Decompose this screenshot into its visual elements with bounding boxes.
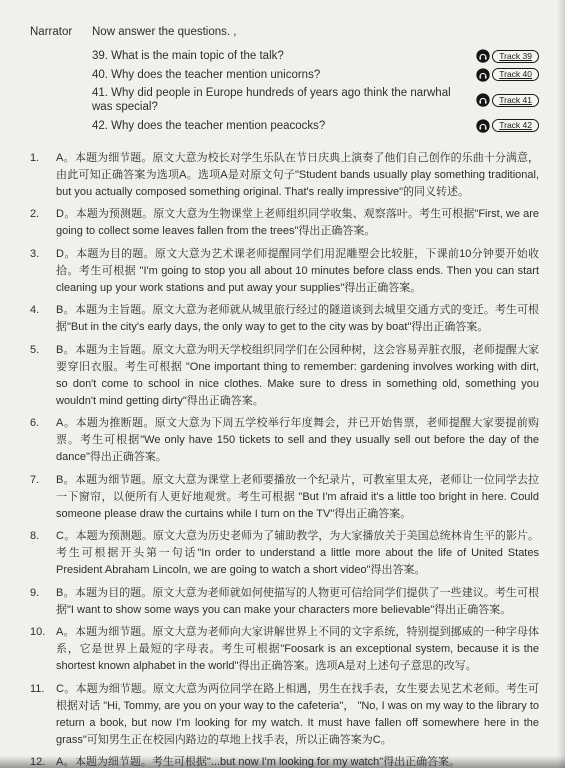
- explanation-text: 本题为细节题。原文大意为两位同学在路上相遇，男生在找手表，女生要去见艺术老师。考…: [56, 683, 539, 746]
- question-row-40: 40. Why does the teacher mention unicorn…: [92, 68, 539, 82]
- item-number: 11.: [30, 681, 56, 749]
- answer-item-3: 3. D。本题为目的题。原文大意为艺术课老师提醒同学们用泥雕塑会比较脏，下课前1…: [30, 246, 539, 297]
- item-text: B。本题为主旨题。原文大意为明天学校组织同学们在公园种树，这会容易弄脏衣服，老师…: [56, 342, 539, 410]
- item-text: A。本题为细节题。考生可根据"...but now I'm looking fo…: [56, 754, 539, 768]
- item-number: 12.: [30, 754, 56, 768]
- explanation-text: 本题为目的题。原文大意为艺术课老师提醒同学们用泥雕塑会比较脏，下课前10分钟要开…: [56, 248, 539, 294]
- answer-item-12: 12. A。本题为细节题。考生可根据"...but now I'm lookin…: [30, 754, 539, 768]
- question-text: 39. What is the main topic of the talk?: [92, 49, 288, 63]
- answer-letter: B。: [56, 344, 75, 356]
- narrator-label: Narrator: [30, 24, 92, 40]
- narrator-row: Narrator Now answer the questions. ,: [30, 24, 539, 40]
- answer-item-5: 5. B。本题为主旨题。原文大意为明天学校组织同学们在公园种树，这会容易弄脏衣服…: [30, 342, 539, 410]
- answer-letter: C。: [56, 530, 76, 542]
- item-text: D。本题为预测题。原文大意为生物课堂上老师组织同学收集、观察落叶。考生可根据"F…: [56, 206, 539, 240]
- narrator-instruction: Now answer the questions. ,: [92, 24, 236, 40]
- question-row-41: 41. Why did people in Europe hundreds of…: [92, 86, 539, 114]
- explanation-text: 本题为推断题。原文大意为下周五学校举行年度舞会，并已开始售票，老师提醒大家要提前…: [56, 417, 539, 463]
- scanned-answer-key-page: Narrator Now answer the questions. , 39.…: [0, 0, 565, 768]
- explanation-text: 本题为预测题。原文大意为生物课堂上老师组织同学收集、观察落叶。考生可根据"Fir…: [56, 208, 539, 237]
- item-text: B。本题为细节题。原文大意为课堂上老师要播放一个纪录片，可教室里太亮，老师让一位…: [56, 472, 539, 523]
- track-badge-41: Track 41: [476, 93, 539, 107]
- item-number: 5.: [30, 342, 56, 410]
- track-badge-42: Track 42: [476, 119, 539, 133]
- item-number: 8.: [30, 528, 56, 579]
- answer-letter: A。: [56, 152, 75, 164]
- answer-item-11: 11. C。本题为细节题。原文大意为两位同学在路上相遇，男生在找手表，女生要去见…: [30, 681, 539, 749]
- track-label: Track 40: [492, 68, 539, 81]
- track-label: Track 42: [492, 119, 539, 132]
- question-text: 41. Why did people in Europe hundreds of…: [92, 86, 476, 114]
- item-text: A。本题为细节题。原文大意为老师向大家讲解世界上不同的文字系统，特别提到挪威的一…: [56, 624, 539, 675]
- track-badge-40: Track 40: [476, 68, 539, 82]
- explanation-text: 本题为细节题。原文大意为课堂上老师要播放一个纪录片，可教室里太亮，老师让一位同学…: [56, 474, 539, 520]
- answer-item-10: 10. A。本题为细节题。原文大意为老师向大家讲解世界上不同的文字系统，特别提到…: [30, 624, 539, 675]
- explanation-text: 本题为细节题。考生可根据"...but now I'm looking for …: [75, 756, 460, 768]
- answer-item-2: 2. D。本题为预测题。原文大意为生物课堂上老师组织同学收集、观察落叶。考生可根…: [30, 206, 539, 240]
- answer-letter: D。: [56, 208, 76, 220]
- track-label: Track 39: [492, 50, 539, 63]
- question-text: 42. Why does the teacher mention peacock…: [92, 119, 329, 133]
- item-number: 3.: [30, 246, 56, 297]
- explanation-text: 本题为目的题。原文大意为老师就如何使描写的人物更可信给同学们提供了一些建议。考生…: [56, 587, 539, 616]
- explanation-text: 本题为细节题。原文大意为老师向大家讲解世界上不同的文字系统，特别提到挪威的一种字…: [56, 626, 539, 672]
- answer-letter: B。: [56, 587, 75, 599]
- answer-item-9: 9. B。本题为目的题。原文大意为老师就如何使描写的人物更可信给同学们提供了一些…: [30, 585, 539, 619]
- answer-letter: D。: [56, 248, 76, 260]
- track-label: Track 41: [492, 94, 539, 107]
- explanation-text: 本题为主旨题。原文大意为明天学校组织同学们在公园种树，这会容易弄脏衣服，老师提醒…: [56, 344, 539, 407]
- audio-track-icon: [476, 68, 490, 82]
- audio-track-icon: [476, 93, 490, 107]
- answer-item-1: 1. A。本题为细节题。原文大意为校长对学生乐队在节日庆典上演奏了他们自己创作的…: [30, 150, 539, 201]
- answer-letter: B。: [56, 474, 75, 486]
- audio-track-icon: [476, 49, 490, 63]
- answer-item-4: 4. B。本题为主旨题。原文大意为老师就从城里旅行经过的隧道谈到去城里交通方式的…: [30, 302, 539, 336]
- answer-letter: C。: [56, 683, 76, 695]
- item-text: A。本题为推断题。原文大意为下周五学校举行年度舞会，并已开始售票，老师提醒大家要…: [56, 415, 539, 466]
- answer-letter: A。: [56, 756, 75, 768]
- item-number: 7.: [30, 472, 56, 523]
- answer-letter: A。: [56, 626, 75, 638]
- item-text: D。本题为目的题。原文大意为艺术课老师提醒同学们用泥雕塑会比较脏，下课前10分钟…: [56, 246, 539, 297]
- page-content: Narrator Now answer the questions. , 39.…: [0, 0, 565, 768]
- item-number: 6.: [30, 415, 56, 466]
- audio-track-icon: [476, 119, 490, 133]
- question-text: 40. Why does the teacher mention unicorn…: [92, 68, 324, 82]
- answer-letter: A。: [56, 417, 76, 429]
- answer-explanations: 1. A。本题为细节题。原文大意为校长对学生乐队在节日庆典上演奏了他们自己创作的…: [30, 150, 539, 768]
- question-list: 39. What is the main topic of the talk? …: [92, 49, 539, 133]
- item-number: 9.: [30, 585, 56, 619]
- explanation-text: 本题为主旨题。原文大意为老师就从城里旅行经过的隧道谈到去城里交通方式的变迁。考生…: [56, 304, 539, 333]
- item-number: 10.: [30, 624, 56, 675]
- answer-letter: B。: [56, 304, 75, 316]
- explanation-text: 本题为细节题。原文大意为校长对学生乐队在节日庆典上演奏了他们自己创作的乐曲十分满…: [56, 152, 539, 198]
- item-number: 1.: [30, 150, 56, 201]
- item-number: 4.: [30, 302, 56, 336]
- item-text: A。本题为细节题。原文大意为校长对学生乐队在节日庆典上演奏了他们自己创作的乐曲十…: [56, 150, 539, 201]
- item-text: B。本题为主旨题。原文大意为老师就从城里旅行经过的隧道谈到去城里交通方式的变迁。…: [56, 302, 539, 336]
- answer-item-8: 8. C。本题为预测题。原文大意为历史老师为了辅助教学，为大家播放关于美国总统林…: [30, 528, 539, 579]
- question-row-42: 42. Why does the teacher mention peacock…: [92, 119, 539, 133]
- explanation-text: 本题为预测题。原文大意为历史老师为了辅助教学，为大家播放关于美国总统林肯生平的影…: [56, 530, 539, 576]
- answer-item-7: 7. B。本题为细节题。原文大意为课堂上老师要播放一个纪录片，可教室里太亮，老师…: [30, 472, 539, 523]
- item-number: 2.: [30, 206, 56, 240]
- item-text: B。本题为目的题。原文大意为老师就如何使描写的人物更可信给同学们提供了一些建议。…: [56, 585, 539, 619]
- answer-item-6: 6. A。本题为推断题。原文大意为下周五学校举行年度舞会，并已开始售票，老师提醒…: [30, 415, 539, 466]
- question-row-39: 39. What is the main topic of the talk? …: [92, 49, 539, 63]
- item-text: C。本题为细节题。原文大意为两位同学在路上相遇，男生在找手表，女生要去见艺术老师…: [56, 681, 539, 749]
- track-badge-39: Track 39: [476, 49, 539, 63]
- item-text: C。本题为预测题。原文大意为历史老师为了辅助教学，为大家播放关于美国总统林肯生平…: [56, 528, 539, 579]
